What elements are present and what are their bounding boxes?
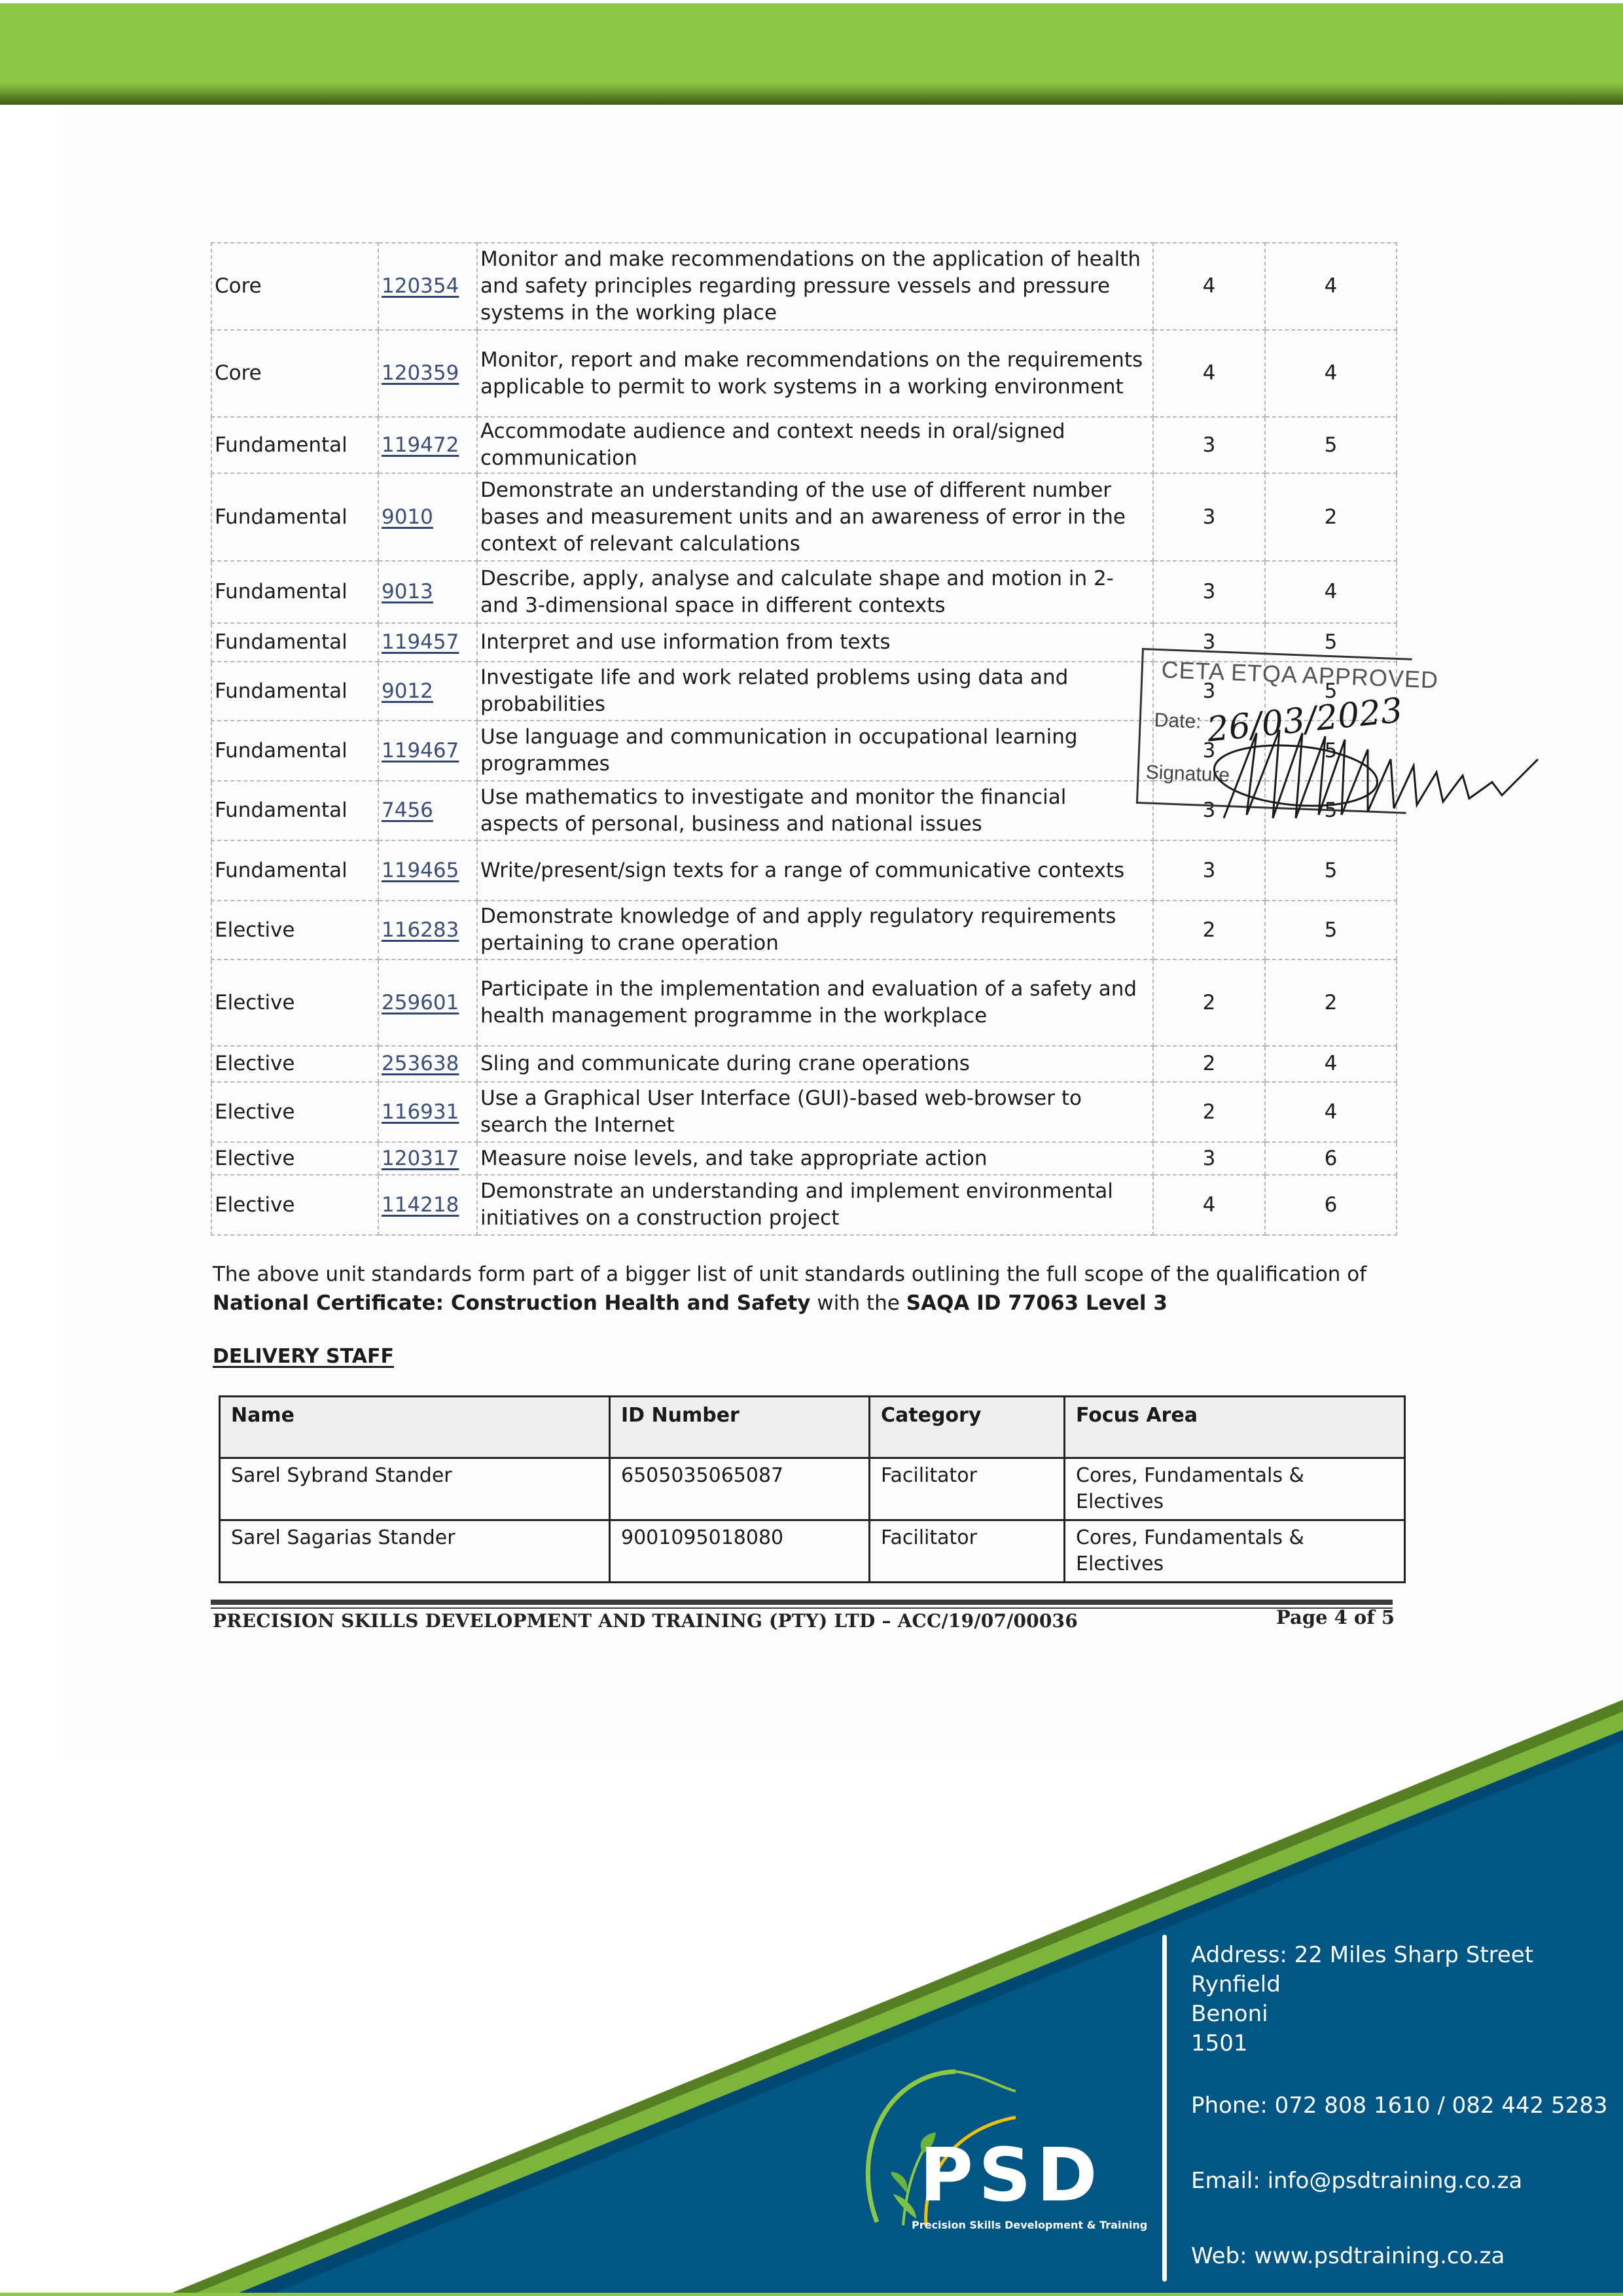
unit-standard-title-cell: Measure noise levels, and take appropria… xyxy=(477,1142,1153,1175)
category-cell: Fundamental xyxy=(211,561,378,623)
credits-cell: 6 xyxy=(1265,1175,1397,1235)
unit-standard-link[interactable]: 9010 xyxy=(382,505,433,529)
footer-company-name: PRECISION SKILLS DEVELOPMENT AND TRAININ… xyxy=(213,1610,1078,1632)
column-header-id-number: ID Number xyxy=(610,1397,870,1458)
footer-divider-thin xyxy=(211,1607,1393,1609)
staff-header-row: Name ID Number Category Focus Area xyxy=(220,1397,1405,1458)
table-row: Core120359Monitor, report and make recom… xyxy=(211,330,1397,417)
email-address[interactable]: Email: info@psdtraining.co.za xyxy=(1191,2166,1608,2196)
paragraph-text: with the xyxy=(811,1291,906,1315)
address-line: Rynfield xyxy=(1191,1970,1608,2000)
unit-standard-link[interactable]: 120317 xyxy=(382,1147,459,1170)
stamp-date-label: Date: xyxy=(1154,709,1202,734)
unit-standard-title-cell: Interpret and use information from texts xyxy=(477,623,1153,662)
website-link[interactable]: Web: www.psdtraining.co.za xyxy=(1191,2242,1608,2271)
page-number: Page 4 of 5 xyxy=(1276,1606,1395,1628)
contact-divider xyxy=(1162,1935,1167,2282)
unit-standard-id-cell: 120317 xyxy=(378,1142,477,1175)
stamp-title: CETA ETQA APPROVED xyxy=(1161,656,1439,694)
table-row: Sarel Sagarias Stander 9001095018080 Fac… xyxy=(220,1520,1405,1583)
address-line: Benoni xyxy=(1191,2000,1608,2029)
unit-standard-title-cell: Use language and communication in occupa… xyxy=(477,721,1153,781)
table-row: Fundamental9013Describe, apply, analyse … xyxy=(211,561,1397,623)
unit-standard-id-cell: 253638 xyxy=(378,1046,477,1082)
category-cell: Fundamental xyxy=(211,781,378,840)
unit-standard-title-cell: Participate in the implementation and ev… xyxy=(477,960,1153,1046)
credits-cell: 4 xyxy=(1265,330,1397,417)
unit-standard-link[interactable]: 9013 xyxy=(382,580,433,603)
staff-focus-area: Cores, Fundamentals & Electives xyxy=(1065,1458,1405,1520)
staff-name: Sarel Sybrand Stander xyxy=(220,1458,610,1520)
credits-cell: 4 xyxy=(1265,561,1397,623)
unit-standard-id-cell: 9012 xyxy=(378,662,477,721)
header-green-bar xyxy=(0,3,1623,105)
delivery-staff-heading: DELIVERY STAFF xyxy=(213,1345,394,1368)
unit-standard-link[interactable]: 9012 xyxy=(382,679,433,703)
unit-standard-link[interactable]: 253638 xyxy=(382,1052,459,1075)
category-cell: Fundamental xyxy=(211,417,378,473)
unit-standard-link[interactable]: 116283 xyxy=(382,918,459,942)
nqf-level-cell: 3 xyxy=(1153,840,1265,901)
category-cell: Core xyxy=(211,330,378,417)
unit-standard-title-cell: Demonstrate an understanding and impleme… xyxy=(477,1175,1153,1235)
qualification-paragraph: The above unit standards form part of a … xyxy=(213,1260,1391,1318)
unit-standard-title-cell: Use a Graphical User Interface (GUI)-bas… xyxy=(477,1082,1153,1142)
nqf-level-cell: 3 xyxy=(1153,561,1265,623)
unit-standard-id-cell: 9013 xyxy=(378,561,477,623)
unit-standard-title-cell: Accommodate audience and context needs i… xyxy=(477,417,1153,473)
unit-standard-id-cell: 116931 xyxy=(378,1082,477,1142)
unit-standard-id-cell: 259601 xyxy=(378,960,477,1046)
unit-standard-id-cell: 119457 xyxy=(378,623,477,662)
category-cell: Fundamental xyxy=(211,721,378,781)
credits-cell: 6 xyxy=(1265,1142,1397,1175)
paragraph-text: The above unit standards form part of a … xyxy=(213,1263,1366,1286)
contact-block: Address: 22 Miles Sharp Street Rynfield … xyxy=(1191,1941,1608,2271)
category-cell: Elective xyxy=(211,960,378,1046)
unit-standard-link[interactable]: 119467 xyxy=(382,739,459,762)
qualification-name: National Certificate: Construction Healt… xyxy=(213,1291,811,1315)
unit-standard-title-cell: Write/present/sign texts for a range of … xyxy=(477,840,1153,901)
column-header-category: Category xyxy=(870,1397,1065,1458)
unit-standard-title-cell: Investigate life and work related proble… xyxy=(477,662,1153,721)
address-line: Address: 22 Miles Sharp Street xyxy=(1191,1941,1608,1970)
unit-standard-id-cell: 7456 xyxy=(378,781,477,840)
staff-category: Facilitator xyxy=(870,1520,1065,1583)
credits-cell: 4 xyxy=(1265,243,1397,330)
nqf-level-cell: 2 xyxy=(1153,901,1265,960)
unit-standard-id-cell: 9010 xyxy=(378,473,477,561)
unit-standard-id-cell: 120359 xyxy=(378,330,477,417)
logo-subtitle: Precision Skills Development & Training xyxy=(912,2219,1147,2231)
credits-cell: 5 xyxy=(1265,901,1397,960)
category-cell: Elective xyxy=(211,901,378,960)
table-row: Core120354Monitor and make recommendatio… xyxy=(211,243,1397,330)
table-row: Sarel Sybrand Stander 6505035065087 Faci… xyxy=(220,1458,1405,1520)
unit-standard-link[interactable]: 114218 xyxy=(382,1193,459,1217)
unit-standard-title-cell: Monitor and make recommendations on the … xyxy=(477,243,1153,330)
unit-standard-link[interactable]: 116931 xyxy=(382,1100,459,1124)
table-row: Fundamental9010Demonstrate an understand… xyxy=(211,473,1397,561)
address-line: 1501 xyxy=(1191,2029,1608,2058)
table-row: Fundamental119465Write/present/sign text… xyxy=(211,840,1397,901)
table-row: Elective116283Demonstrate knowledge of a… xyxy=(211,901,1397,960)
footer-divider xyxy=(211,1600,1393,1605)
credits-cell: 5 xyxy=(1265,417,1397,473)
unit-standard-link[interactable]: 119465 xyxy=(382,859,459,882)
credits-cell: 4 xyxy=(1265,1046,1397,1082)
nqf-level-cell: 4 xyxy=(1153,330,1265,417)
nqf-level-cell: 4 xyxy=(1153,1175,1265,1235)
signature-scribble xyxy=(1211,720,1551,825)
unit-standard-id-cell: 119467 xyxy=(378,721,477,781)
staff-category: Facilitator xyxy=(870,1458,1065,1520)
phone-number: Phone: 072 808 1610 / 082 442 5283 xyxy=(1191,2091,1608,2121)
unit-standard-id-cell: 116283 xyxy=(378,901,477,960)
unit-standard-link[interactable]: 119457 xyxy=(382,630,459,654)
unit-standard-link[interactable]: 120359 xyxy=(382,361,459,385)
nqf-level-cell: 3 xyxy=(1153,417,1265,473)
staff-id-number: 9001095018080 xyxy=(610,1520,870,1583)
delivery-staff-table: Name ID Number Category Focus Area Sarel… xyxy=(219,1395,1406,1583)
unit-standard-title-cell: Monitor, report and make recommendations… xyxy=(477,330,1153,417)
category-cell: Fundamental xyxy=(211,840,378,901)
column-header-focus-area: Focus Area xyxy=(1065,1397,1405,1458)
nqf-level-cell: 4 xyxy=(1153,243,1265,330)
table-row: Elective116931Use a Graphical User Inter… xyxy=(211,1082,1397,1142)
category-cell: Elective xyxy=(211,1142,378,1175)
unit-standard-link[interactable]: 119472 xyxy=(382,433,459,457)
category-cell: Elective xyxy=(211,1082,378,1142)
unit-standard-id-cell: 114218 xyxy=(378,1175,477,1235)
credits-cell: 2 xyxy=(1265,960,1397,1046)
category-cell: Core xyxy=(211,243,378,330)
category-cell: Elective xyxy=(211,1046,378,1082)
nqf-level-cell: 3 xyxy=(1153,1142,1265,1175)
category-cell: Fundamental xyxy=(211,623,378,662)
credits-cell: 5 xyxy=(1265,840,1397,901)
unit-standard-id-cell: 119465 xyxy=(378,840,477,901)
table-row: Elective253638Sling and communicate duri… xyxy=(211,1046,1397,1082)
staff-name: Sarel Sagarias Stander xyxy=(220,1520,610,1583)
nqf-level-cell: 2 xyxy=(1153,1046,1265,1082)
column-header-name: Name xyxy=(220,1397,610,1458)
staff-focus-area: Cores, Fundamentals & Electives xyxy=(1065,1520,1405,1583)
nqf-level-cell: 2 xyxy=(1153,960,1265,1046)
table-row: Elective259601Participate in the impleme… xyxy=(211,960,1397,1046)
unit-standard-link[interactable]: 259601 xyxy=(382,991,459,1014)
unit-standard-title-cell: Describe, apply, analyse and calculate s… xyxy=(477,561,1153,623)
unit-standard-id-cell: 120354 xyxy=(378,243,477,330)
unit-standard-title-cell: Sling and communicate during crane opera… xyxy=(477,1046,1153,1082)
nqf-level-cell: 3 xyxy=(1153,473,1265,561)
category-cell: Elective xyxy=(211,1175,378,1235)
unit-standard-title-cell: Use mathematics to investigate and monit… xyxy=(477,781,1153,840)
credits-cell: 4 xyxy=(1265,1082,1397,1142)
table-row: Elective120317Measure noise levels, and … xyxy=(211,1142,1397,1175)
unit-standard-title-cell: Demonstrate knowledge of and apply regul… xyxy=(477,901,1153,960)
logo-wordmark: PSD xyxy=(919,2139,1103,2212)
table-row: Elective114218Demonstrate an understandi… xyxy=(211,1175,1397,1235)
nqf-level-cell: 2 xyxy=(1153,1082,1265,1142)
unit-standard-id-cell: 119472 xyxy=(378,417,477,473)
saqa-id: SAQA ID 77063 Level 3 xyxy=(906,1291,1168,1315)
unit-standard-link[interactable]: 120354 xyxy=(382,274,459,298)
unit-standard-title-cell: Demonstrate an understanding of the use … xyxy=(477,473,1153,561)
category-cell: Fundamental xyxy=(211,473,378,561)
category-cell: Fundamental xyxy=(211,662,378,721)
table-row: Fundamental119472Accommodate audience an… xyxy=(211,417,1397,473)
unit-standard-link[interactable]: 7456 xyxy=(382,798,433,822)
staff-id-number: 6505035065087 xyxy=(610,1458,870,1520)
credits-cell: 2 xyxy=(1265,473,1397,561)
